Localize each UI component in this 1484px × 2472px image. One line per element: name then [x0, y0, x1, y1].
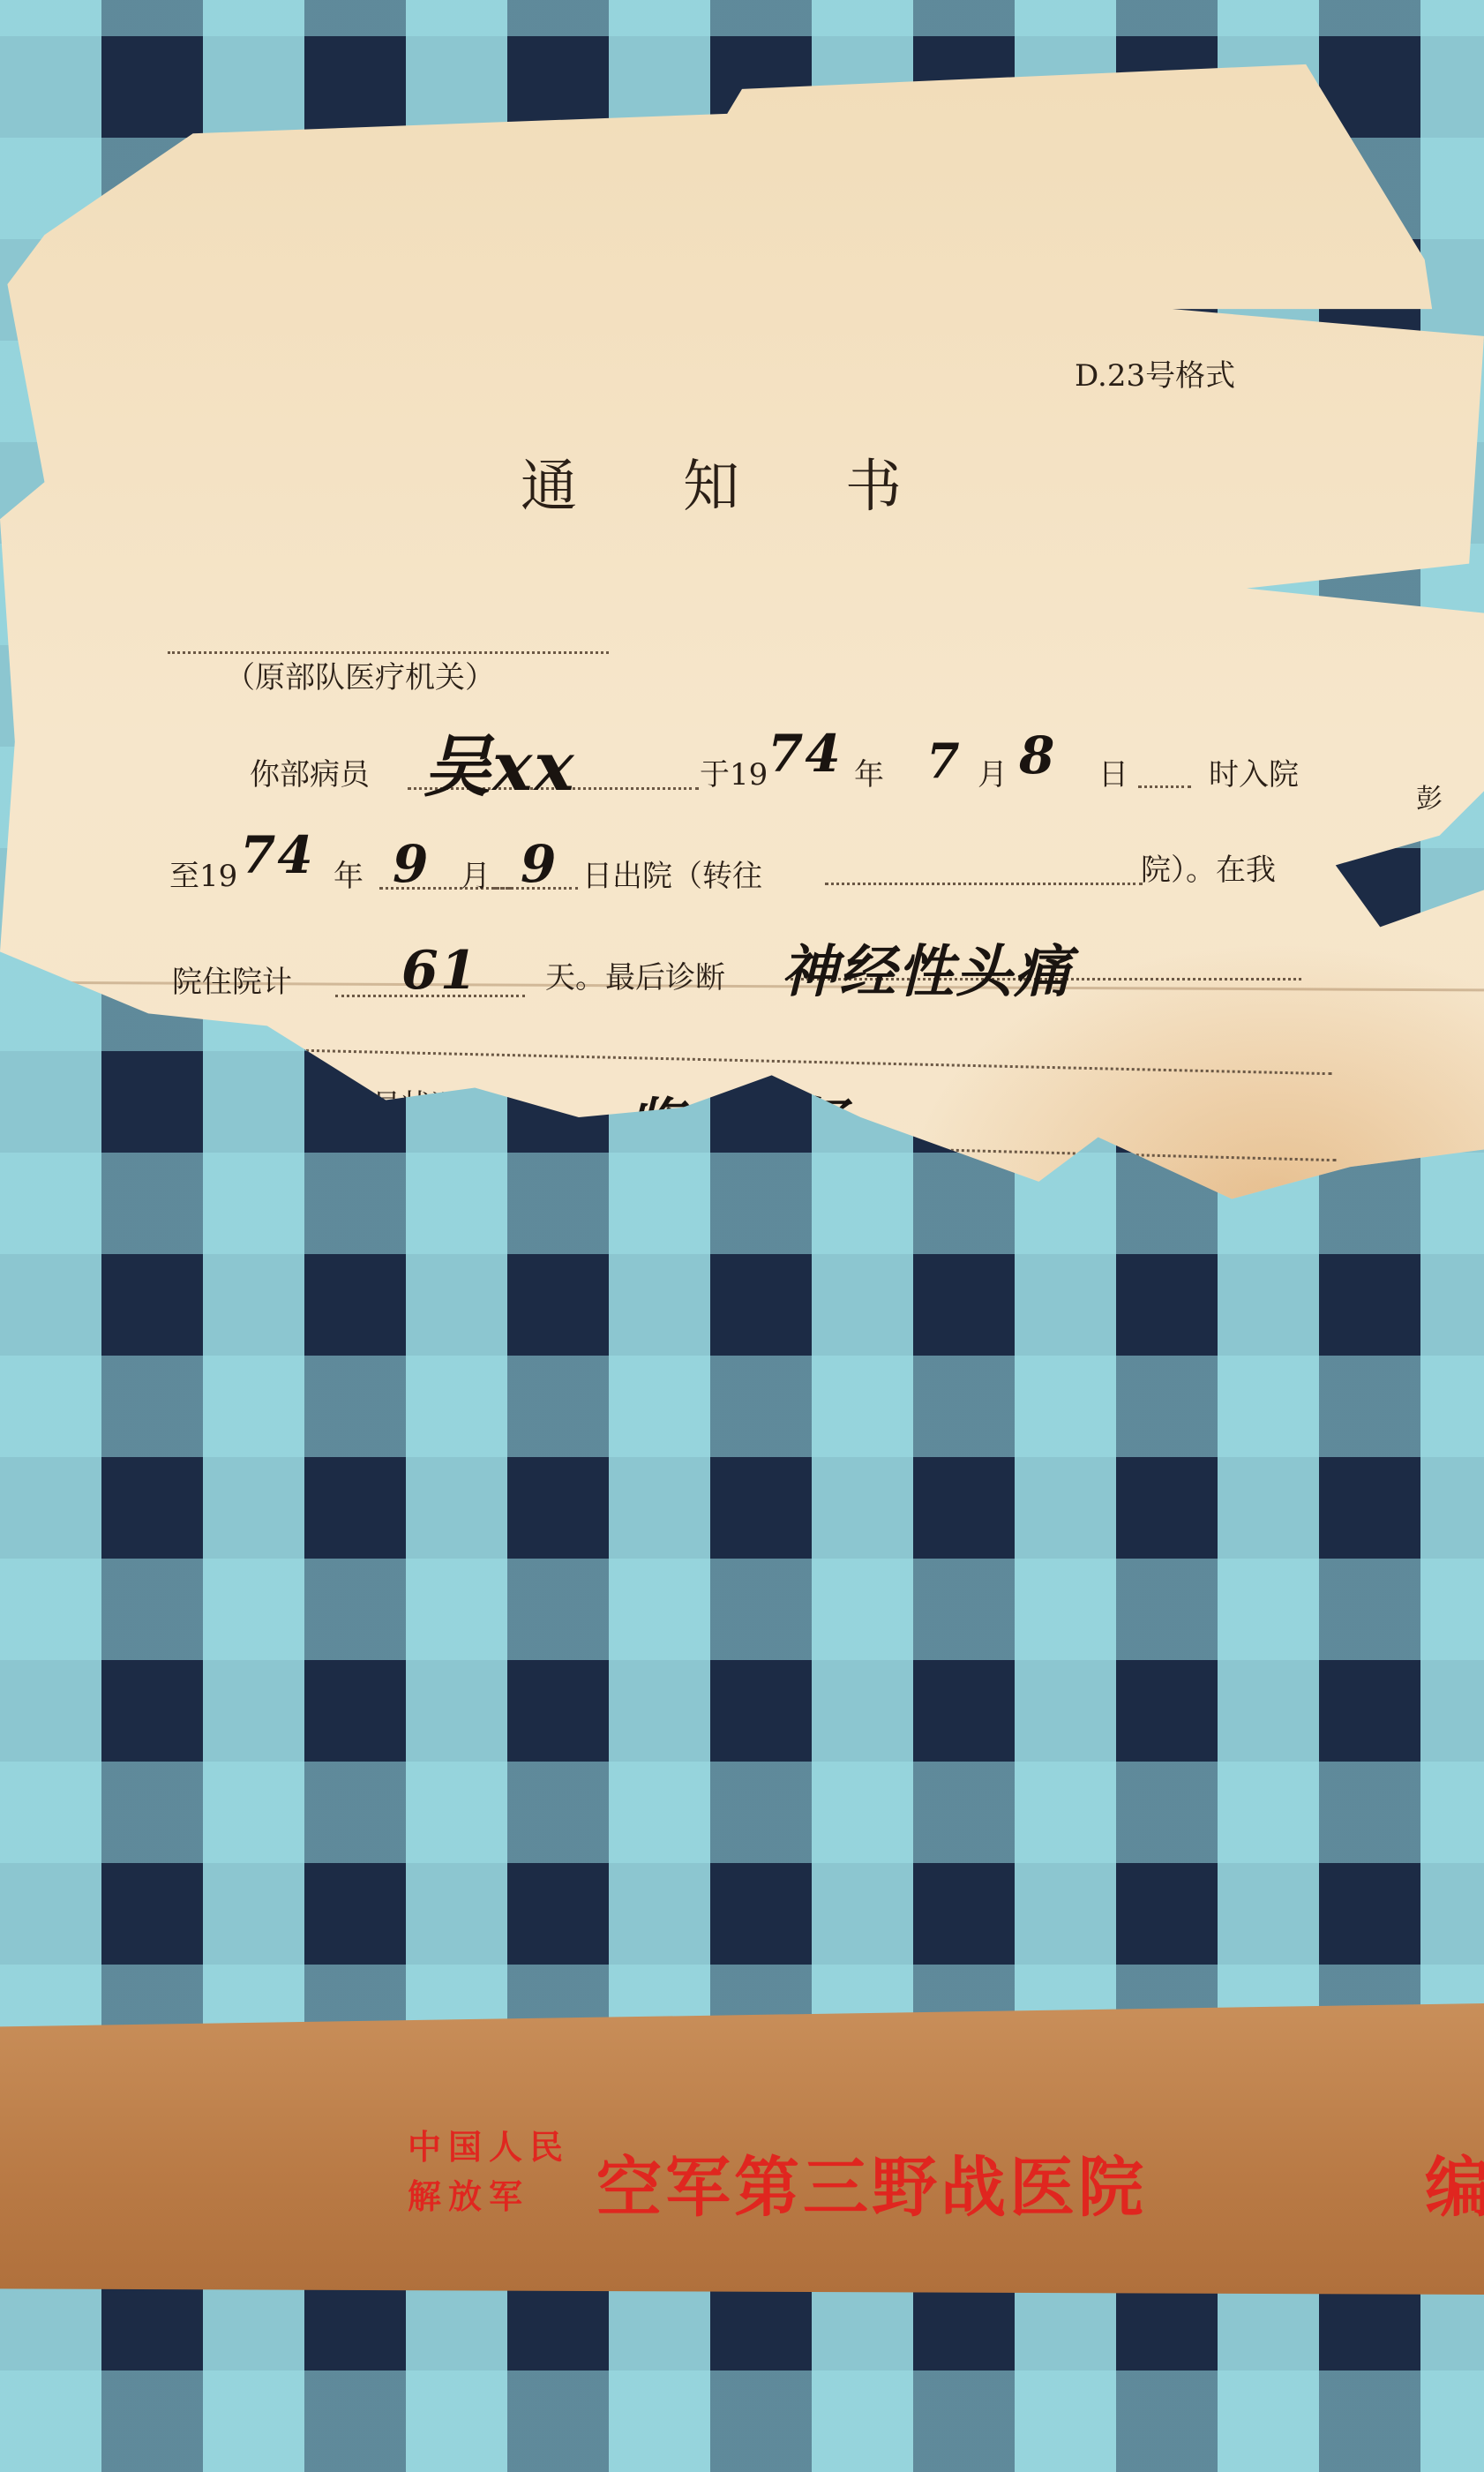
admit-month-label: 月 — [978, 750, 1008, 793]
rest-value-line2: 注意饮食起居调理 — [265, 1377, 688, 1451]
director-line — [978, 1717, 1300, 1719]
admit-year-label: 年 — [854, 750, 884, 793]
envelope-org-line2: 解放军 — [408, 2172, 570, 2221]
discharge-suffix: 日出院（转往 — [582, 852, 762, 895]
admit-prefix: 于19 — [700, 750, 768, 793]
admit-suffix: 时入院 — [1209, 750, 1299, 793]
rest-line — [609, 1350, 1332, 1371]
health-cert-mail2: 寄 — [388, 1540, 418, 1583]
blank-line — [274, 1048, 1332, 1075]
discharge-month: 9 — [393, 834, 430, 894]
official-seal: 天 李 印 洪 — [1026, 1507, 1233, 1709]
discharge-month-label: 月 — [461, 852, 491, 895]
sign-year-prefix: 19 — [836, 1889, 873, 1924]
document-title: 通知书 — [521, 441, 1008, 522]
sign-month-line — [979, 1931, 1112, 1934]
patient-prefix: 你部病员 — [250, 750, 370, 793]
seal-char: 李 — [1129, 1517, 1225, 1610]
admit-day-label: 日 — [1098, 750, 1128, 793]
discharge-year-label: 年 — [334, 852, 364, 895]
discharge-prefix: 至19 — [169, 852, 237, 895]
paper-tear — [1050, 1553, 1226, 1633]
health-cert-no-line — [338, 1703, 633, 1706]
condition-line — [622, 1140, 1337, 1161]
original-unit-label: （原部队医疗机关） — [225, 653, 495, 696]
discharge-year: 74 — [240, 825, 315, 885]
sign-day: 7 — [1147, 1884, 1182, 1941]
seal-char: 天 — [1036, 1515, 1131, 1608]
diagnosis: 神经性头痛 — [781, 927, 1072, 1008]
admit-month: 7 — [926, 733, 962, 789]
blank-line — [141, 1434, 1341, 1464]
rest-value-line1: 患者出院后最好注意休息，适当 — [600, 1280, 1341, 1354]
health-cert-mail: 邮 — [304, 1536, 334, 1579]
condition-value: 临床治好 — [628, 1081, 847, 1157]
patient-name: 吴xx — [423, 713, 576, 809]
rest-label: 需休假天数及其他建议： — [152, 1291, 482, 1334]
sign-year-label: 年 — [938, 1893, 968, 1936]
sign-month: 9 — [1006, 1880, 1043, 1940]
admit-time-line — [1138, 785, 1191, 788]
blank-line — [159, 1216, 1332, 1245]
admit-year: 74 — [768, 724, 843, 784]
seal-char: 印 — [1034, 1607, 1129, 1700]
doctor-line — [971, 1843, 1297, 1845]
sign-year: 74 — [869, 1862, 944, 1922]
stay-suffix: 天。最后诊断 — [545, 953, 725, 996]
envelope-hospital-name: 空军第三野战医院 — [596, 2136, 1147, 2229]
paper-crease — [0, 1549, 487, 1932]
envelope-org-line1: 中国人民 — [408, 2123, 570, 2172]
transfer-hospital-line — [825, 883, 1143, 885]
doctor-signature: 吴xx — [953, 1778, 1093, 1867]
doctor-label: 经治军医 — [805, 1783, 925, 1826]
admit-day: 8 — [1019, 725, 1056, 785]
sign-day-line — [1134, 1935, 1222, 1937]
director-label-1: 院 — [807, 1679, 837, 1722]
stay-prefix: 院住院计 — [172, 958, 292, 1001]
escort-label: 伴送人 — [349, 1447, 433, 1488]
transfer-suffix: 院）。在我 — [1141, 845, 1276, 889]
sign-day-label: 日 — [1216, 1905, 1246, 1948]
condition-label: 出院(转院)时病员状况： — [168, 1081, 491, 1124]
discharge-day: 9 — [521, 834, 558, 894]
health-cert-mid: 人带回（出院时圈出） — [388, 1499, 688, 1542]
director-label-2: 长 — [938, 1679, 968, 1722]
seal-char: 洪 — [1128, 1609, 1223, 1702]
margin-mark: 彭 — [1416, 777, 1443, 815]
envelope-cut-text: 编 — [1425, 2136, 1484, 2229]
health-cert-prefix: 健康证交本 — [134, 1484, 284, 1528]
sign-month-label: 月 — [1090, 1899, 1120, 1942]
form-code: D.23号格式 — [1075, 351, 1235, 394]
stay-days: 61 — [401, 940, 479, 1002]
health-cert-no-label: 健康证号码 — [122, 1659, 272, 1702]
envelope-org-prefix: 中国人民 解放军 — [408, 2123, 570, 2221]
